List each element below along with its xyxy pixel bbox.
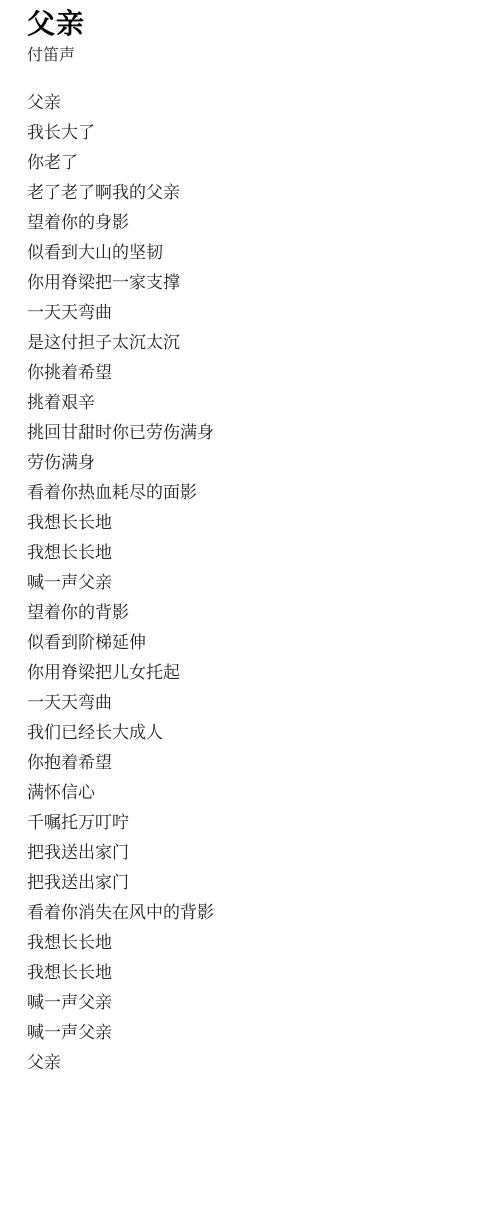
lyric-line: 望着你的身影: [27, 208, 480, 238]
lyric-line: 挑着艰辛: [27, 388, 480, 418]
lyric-line: 你抱着希望: [27, 748, 480, 778]
lyric-line: 我们已经长大成人: [27, 718, 480, 748]
lyric-line: 把我送出家门: [27, 868, 480, 898]
lyric-line: 看着你消失在风中的背影: [27, 898, 480, 928]
lyrics-body: 父亲我长大了你老了老了老了啊我的父亲望着你的身影似看到大山的坚韧你用脊梁把一家支…: [27, 88, 480, 1078]
lyric-line: 父亲: [27, 1048, 480, 1078]
lyric-line: 我想长长地: [27, 508, 480, 538]
lyric-line: 喊一声父亲: [27, 988, 480, 1018]
lyric-line: 喊一声父亲: [27, 1018, 480, 1048]
lyric-line: 你用脊梁把一家支撑: [27, 268, 480, 298]
lyric-line: 似看到大山的坚韧: [27, 238, 480, 268]
lyric-line: 一天天弯曲: [27, 688, 480, 718]
lyric-line: 似看到阶梯延伸: [27, 628, 480, 658]
lyric-line: 我想长长地: [27, 538, 480, 568]
lyric-line: 父亲: [27, 88, 480, 118]
lyric-line: 千嘱托万叮咛: [27, 808, 480, 838]
lyric-line: 你老了: [27, 148, 480, 178]
lyric-line: 望着你的背影: [27, 598, 480, 628]
lyric-line: 你用脊梁把儿女托起: [27, 658, 480, 688]
lyric-line: 满怀信心: [27, 778, 480, 808]
lyric-line: 老了老了啊我的父亲: [27, 178, 480, 208]
lyric-line: 你挑着希望: [27, 358, 480, 388]
lyric-line: 我长大了: [27, 118, 480, 148]
song-title: 父亲: [27, 6, 480, 42]
lyric-line: 劳伤满身: [27, 448, 480, 478]
lyric-line: 一天天弯曲: [27, 298, 480, 328]
lyric-line: 是这付担子太沉太沉: [27, 328, 480, 358]
lyric-line: 我想长长地: [27, 958, 480, 988]
lyrics-page: 父亲 付笛声 父亲我长大了你老了老了老了啊我的父亲望着你的身影似看到大山的坚韧你…: [0, 0, 500, 1210]
lyric-line: 挑回甘甜时你已劳伤满身: [27, 418, 480, 448]
lyric-line: 看着你热血耗尽的面影: [27, 478, 480, 508]
lyric-line: 我想长长地: [27, 928, 480, 958]
lyric-line: 喊一声父亲: [27, 568, 480, 598]
song-artist: 付笛声: [27, 44, 480, 68]
lyric-line: 把我送出家门: [27, 838, 480, 868]
